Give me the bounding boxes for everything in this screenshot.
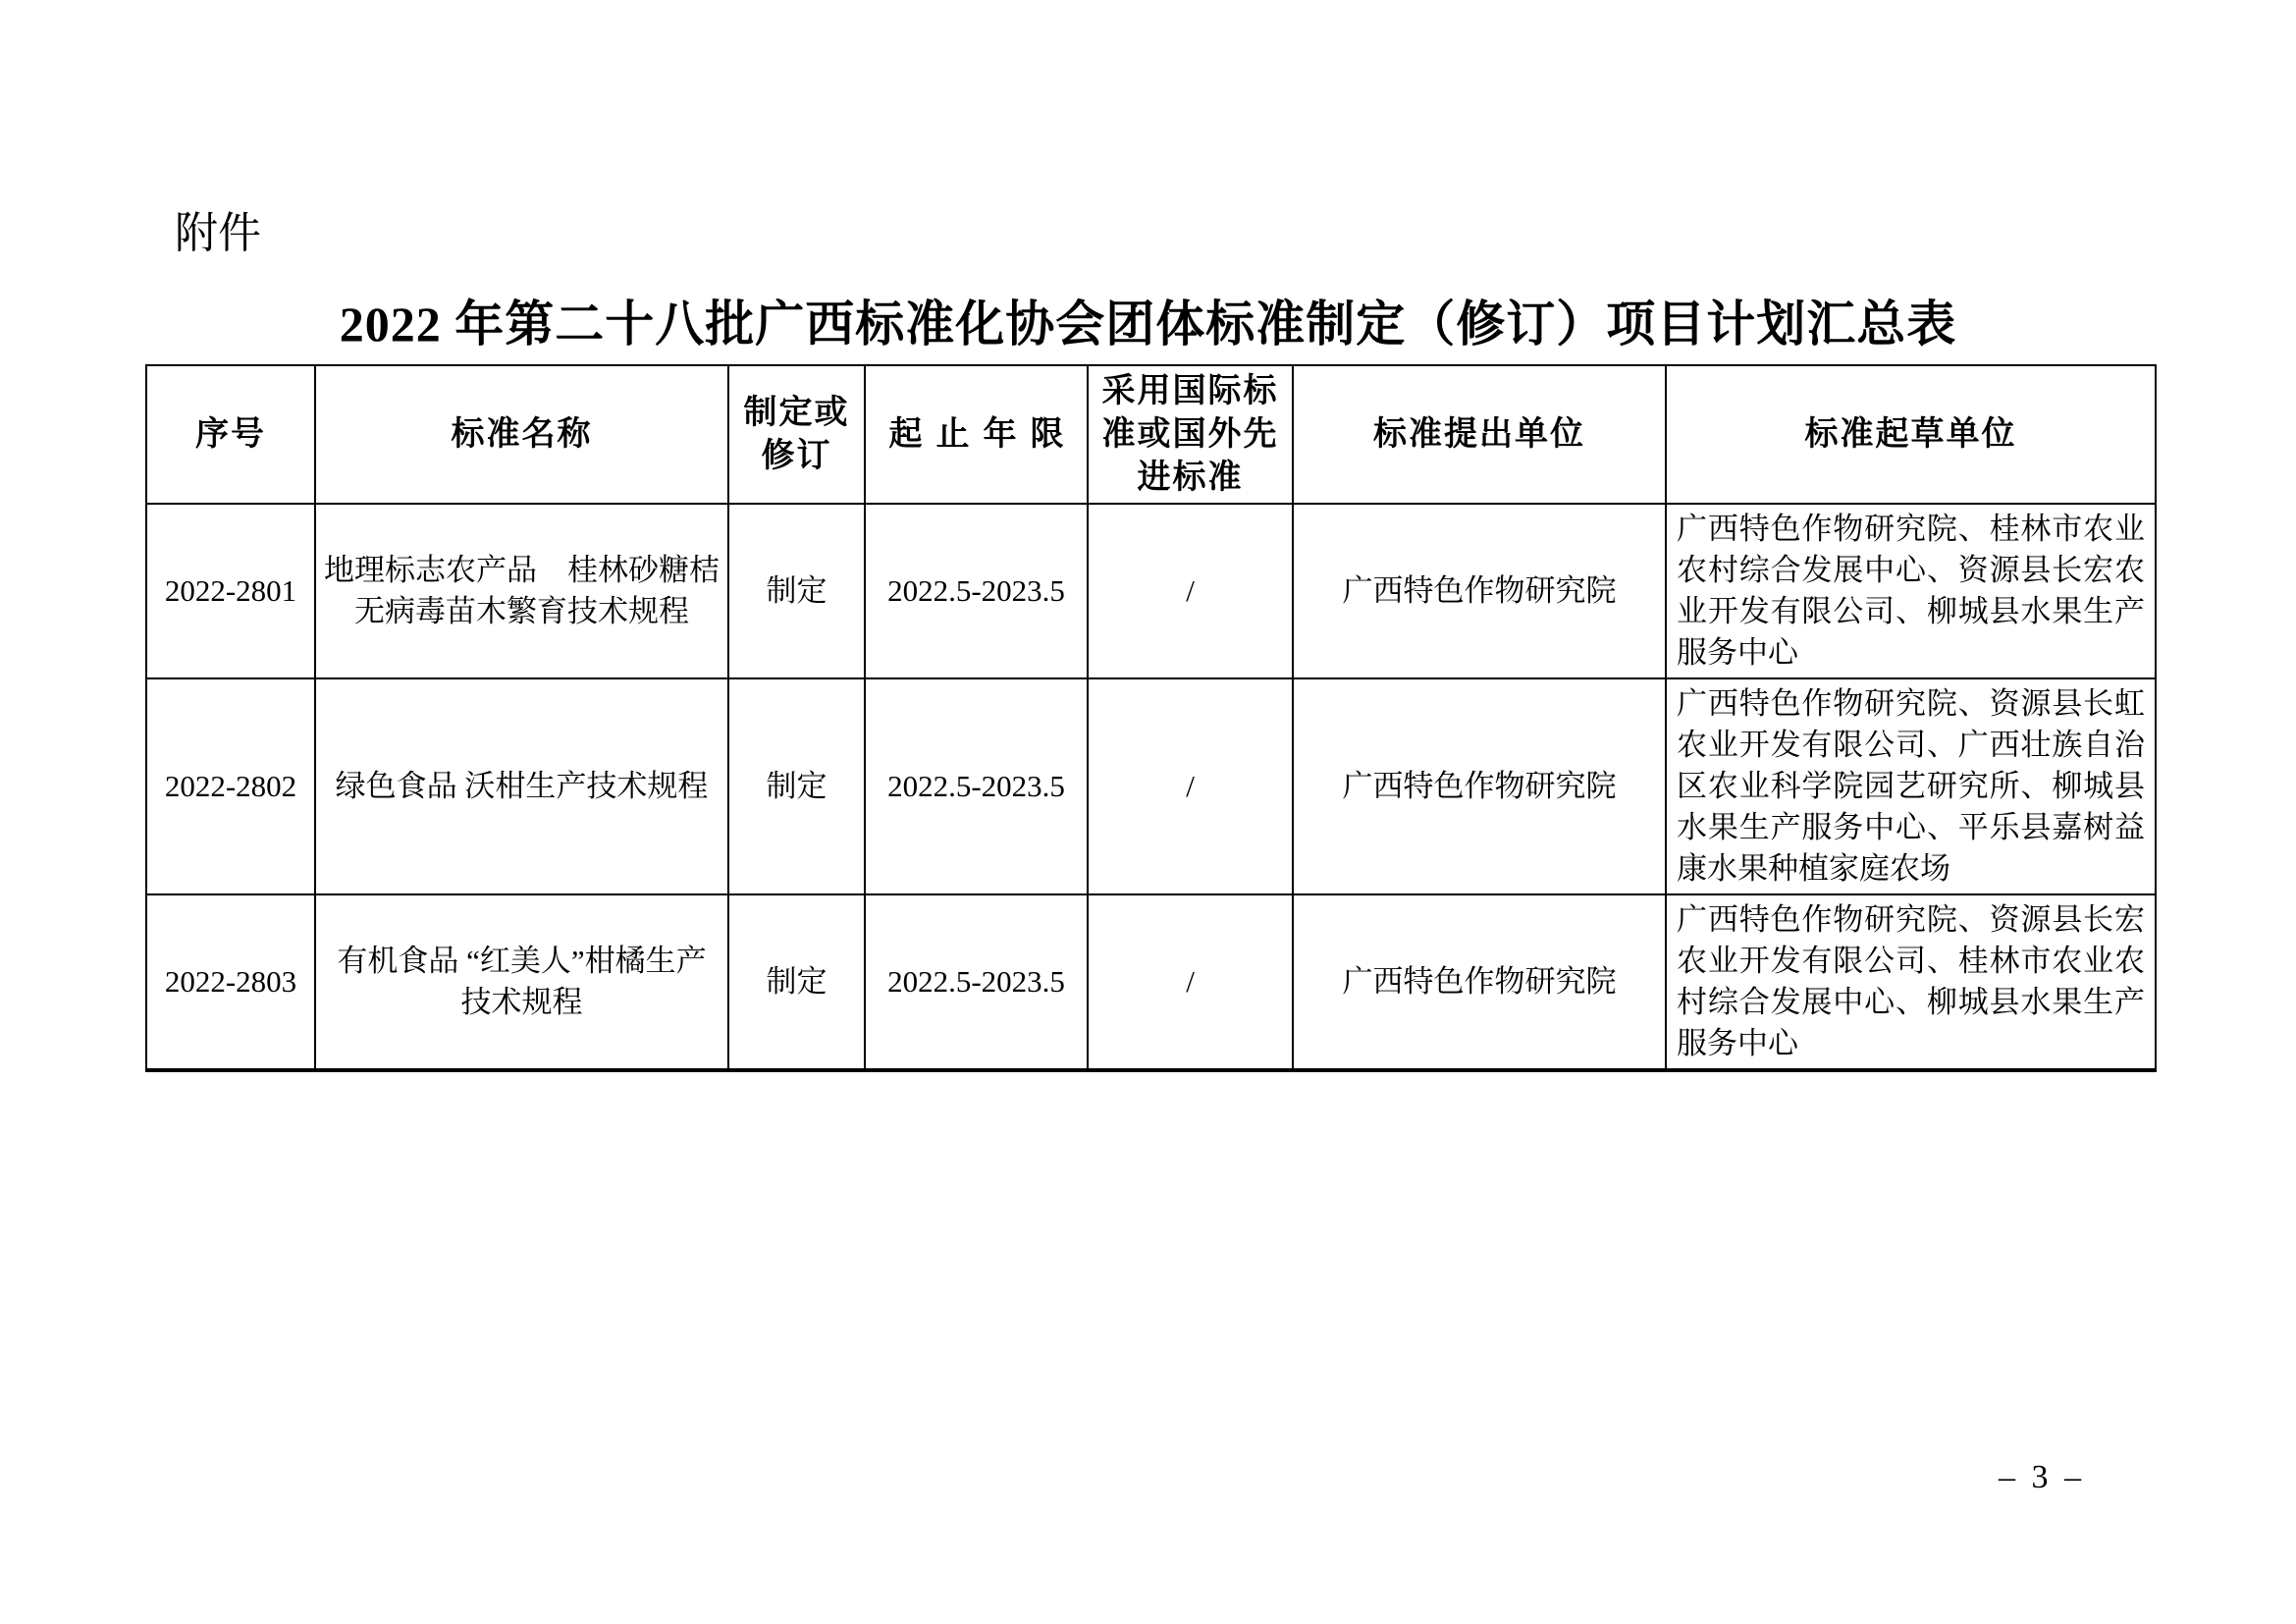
header-intl-standard: 采用国际标准或国外先进标准 (1088, 365, 1293, 504)
cell-formulate-or-revise: 制定 (728, 894, 865, 1070)
standards-table-container: 序号 标准名称 制定或修订 起止年限 采用国际标准或国外先进标准 标准提出单位 … (145, 364, 2155, 1072)
cell-seq-no: 2022-2801 (146, 504, 315, 678)
cell-standard-name: 地理标志农产品 桂林砂糖桔无病毒苗木繁育技术规程 (315, 504, 728, 678)
cell-intl-standard: / (1088, 504, 1293, 678)
standards-table: 序号 标准名称 制定或修订 起止年限 采用国际标准或国外先进标准 标准提出单位 … (145, 364, 2157, 1072)
cell-seq-no: 2022-2802 (146, 678, 315, 894)
cell-proposing-unit: 广西特色作物研究院 (1293, 678, 1666, 894)
cell-seq-no: 2022-2803 (146, 894, 315, 1070)
header-formulate-or-revise: 制定或修订 (728, 365, 865, 504)
cell-proposing-unit: 广西特色作物研究院 (1293, 894, 1666, 1070)
header-duration: 起止年限 (865, 365, 1088, 504)
table-row-2: 2022-2802 绿色食品 沃柑生产技术规程 制定 2022.5-2023.5… (146, 678, 2156, 894)
table-header-row: 序号 标准名称 制定或修订 起止年限 采用国际标准或国外先进标准 标准提出单位 … (146, 365, 2156, 504)
page-number: – 3 – (1999, 1459, 2081, 1496)
cell-proposing-unit: 广西特色作物研究院 (1293, 504, 1666, 678)
cell-duration: 2022.5-2023.5 (865, 504, 1088, 678)
cell-standard-name: 绿色食品 沃柑生产技术规程 (315, 678, 728, 894)
cell-drafting-unit: 广西特色作物研究院、资源县长虹农业开发有限公司、广西壮族自治区农业科学院园艺研究… (1666, 678, 2156, 894)
cell-duration: 2022.5-2023.5 (865, 678, 1088, 894)
cell-drafting-unit: 广西特色作物研究院、桂林市农业农村综合发展中心、资源县长宏农业开发有限公司、柳城… (1666, 504, 2156, 678)
cell-formulate-or-revise: 制定 (728, 504, 865, 678)
cell-intl-standard: / (1088, 678, 1293, 894)
document-page: 附件 2022 年第二十八批广西标准化协会团体标准制定（修订）项目计划汇总表 序… (0, 0, 2296, 1624)
header-proposing-unit: 标准提出单位 (1293, 365, 1666, 504)
cell-duration: 2022.5-2023.5 (865, 894, 1088, 1070)
cell-standard-name: 有机食品 “红美人”柑橘生产技术规程 (315, 894, 728, 1070)
cell-intl-standard: / (1088, 894, 1293, 1070)
header-drafting-unit: 标准起草单位 (1666, 365, 2156, 504)
cell-formulate-or-revise: 制定 (728, 678, 865, 894)
table-row-3: 2022-2803 有机食品 “红美人”柑橘生产技术规程 制定 2022.5-2… (146, 894, 2156, 1070)
header-standard-name: 标准名称 (315, 365, 728, 504)
attachment-label: 附件 (175, 208, 261, 260)
cell-drafting-unit: 广西特色作物研究院、资源县长宏农业开发有限公司、桂林市农业农村综合发展中心、柳城… (1666, 894, 2156, 1070)
document-title: 2022 年第二十八批广西标准化协会团体标准制定（修订）项目计划汇总表 (0, 285, 2296, 355)
table-row-1: 2022-2801 地理标志农产品 桂林砂糖桔无病毒苗木繁育技术规程 制定 20… (146, 504, 2156, 678)
header-seq-no: 序号 (146, 365, 315, 504)
